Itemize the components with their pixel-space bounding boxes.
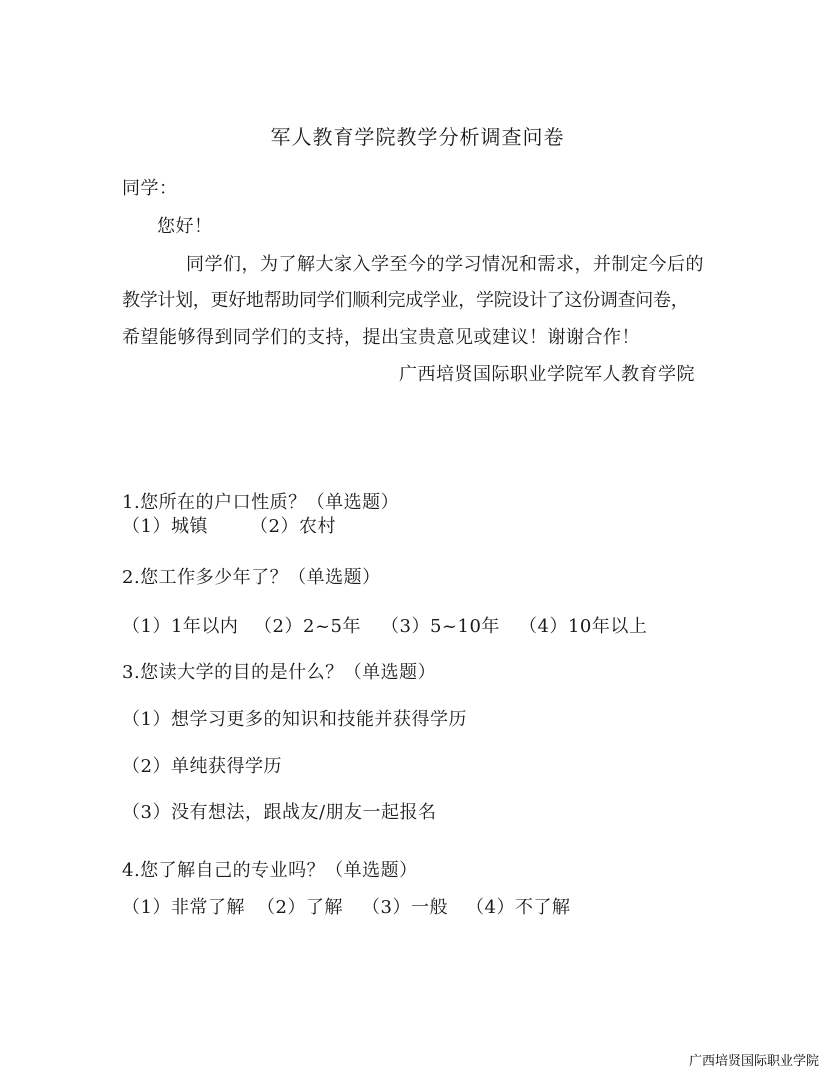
question-3-option-1: （1）想学习更多的知识和技能并获得学历: [122, 709, 467, 731]
greeting: 您好！: [157, 216, 213, 238]
signature: 广西培贤国际职业学院军人教育学院: [399, 364, 695, 386]
question-2-option-2: （2）2~5年: [254, 616, 361, 638]
question-1-option-1: （1）城镇: [122, 516, 208, 538]
question-4-option-2: （2）了解: [257, 897, 343, 919]
intro-line-1: 同学们，为了解大家入学至今的学习情况和需求，并制定今后的: [186, 254, 704, 276]
question-2-option-1: （1）1年以内: [122, 616, 238, 638]
question-3-option-2: （2）单纯获得学历: [122, 756, 282, 778]
question-4-option-1: （1）非常了解: [122, 897, 245, 919]
question-1-option-2: （2）农村: [250, 516, 336, 538]
question-2-text: 2.您工作多少年了？（单选题）: [122, 567, 381, 589]
question-3-option-3: （3）没有想法，跟战友/朋友一起报名: [122, 802, 437, 824]
question-4-option-4: （4）不了解: [466, 897, 570, 919]
question-2-option-3: （3）5~10年: [381, 616, 500, 638]
question-4-text: 4.您了解自己的专业吗？（单选题）: [122, 860, 418, 882]
question-4-option-3: （3）一般: [362, 897, 448, 919]
question-1-text: 1.您所在的户口性质？（单选题）: [122, 492, 399, 514]
document-title: 军人教育学院教学分析调查问卷: [0, 126, 835, 148]
intro-line-2: 教学计划，更好地帮助同学们顺利完成学业，学院设计了这份调查问卷，: [122, 290, 688, 312]
question-3-text: 3.您读大学的目的是什么？（单选题）: [122, 662, 436, 684]
question-2-option-4: （4）10年以上: [519, 616, 647, 638]
intro-line-3: 希望能够得到同学们的支持，提出宝贵意见或建议！谢谢合作！: [122, 327, 640, 349]
footer-watermark: 广西培贤国际职业学院: [689, 1050, 819, 1069]
salutation: 同学：: [122, 178, 178, 200]
